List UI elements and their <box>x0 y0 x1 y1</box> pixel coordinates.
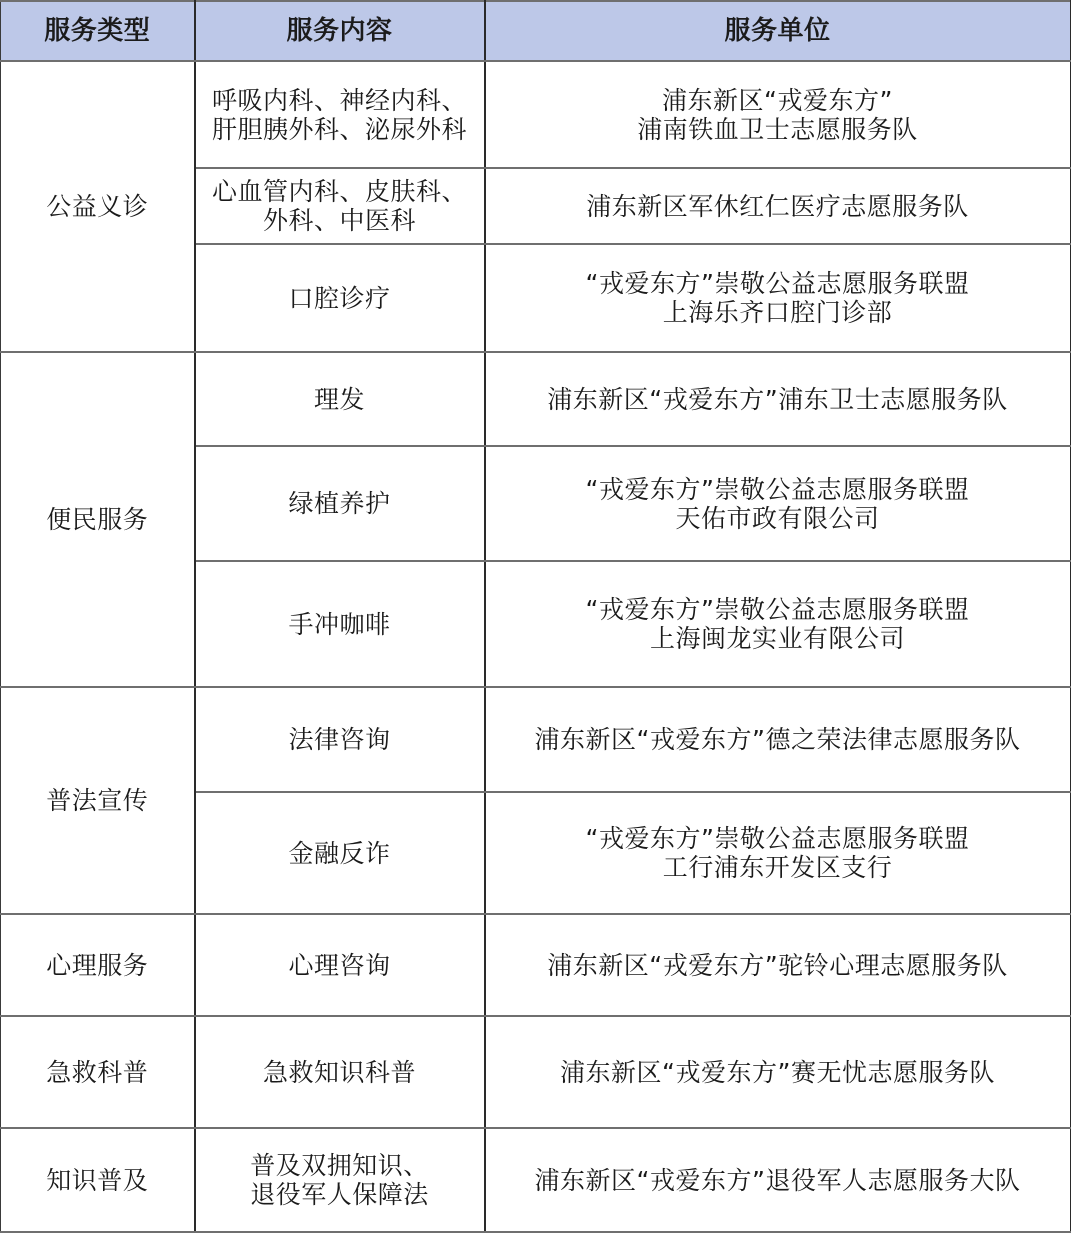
service-content-cell: 心血管内科、皮肤科、外科、中医科 <box>195 168 485 244</box>
header-service-unit: 服务单位 <box>485 1 1071 61</box>
service-unit-line: 浦东新区“戎爱东方” <box>494 86 1062 115</box>
service-unit-line: “戎爱东方”崇敬公益志愿服务联盟 <box>494 824 1062 853</box>
header-service-content: 服务内容 <box>195 1 485 61</box>
service-content-line: 心血管内科、皮肤科、 <box>204 177 476 206</box>
service-unit-cell: 浦东新区“戎爱东方”赛无忧志愿服务队 <box>485 1016 1071 1128</box>
service-content-cell: 口腔诊疗 <box>195 244 485 352</box>
service-unit-line: 工行浦东开发区支行 <box>494 853 1062 882</box>
service-unit-cell: 浦东新区“戎爱东方”德之荣法律志愿服务队 <box>485 687 1071 792</box>
service-unit-cell: “戎爱东方”崇敬公益志愿服务联盟天佑市政有限公司 <box>485 446 1071 561</box>
service-unit-line: 浦东新区“戎爱东方”退役军人志愿服务大队 <box>494 1166 1062 1195</box>
service-content-line: 普及双拥知识、 <box>204 1151 476 1180</box>
service-content-cell: 心理咨询 <box>195 914 485 1016</box>
table-header: 服务类型 服务内容 服务单位 <box>1 1 1071 61</box>
service-content-cell: 急救知识科普 <box>195 1016 485 1128</box>
service-content-line: 理发 <box>204 385 476 414</box>
service-content-cell: 呼吸内科、神经内科、肝胆胰外科、泌尿外科 <box>195 61 485 168</box>
table-body: 公益义诊呼吸内科、神经内科、肝胆胰外科、泌尿外科浦东新区“戎爱东方”浦南铁血卫士… <box>1 61 1071 1232</box>
service-content-cell: 绿植养护 <box>195 446 485 561</box>
service-unit-line: 浦东新区“戎爱东方”赛无忧志愿服务队 <box>494 1058 1062 1087</box>
service-unit-cell: “戎爱东方”崇敬公益志愿服务联盟工行浦东开发区支行 <box>485 792 1071 914</box>
service-content-line: 急救知识科普 <box>204 1058 476 1087</box>
table-row: 心理服务心理咨询浦东新区“戎爱东方”驼铃心理志愿服务队 <box>1 914 1071 1016</box>
service-unit-line: 上海乐齐口腔门诊部 <box>494 298 1062 327</box>
service-type-cell: 公益义诊 <box>1 61 195 352</box>
service-unit-cell: 浦东新区“戎爱东方”驼铃心理志愿服务队 <box>485 914 1071 1016</box>
service-unit-line: 天佑市政有限公司 <box>494 504 1062 533</box>
service-content-cell: 手冲咖啡 <box>195 561 485 687</box>
service-unit-line: 浦南铁血卫士志愿服务队 <box>494 115 1062 144</box>
service-unit-line: 浦东新区“戎爱东方”德之荣法律志愿服务队 <box>494 725 1062 754</box>
service-unit-cell: 浦东新区“戎爱东方”浦南铁血卫士志愿服务队 <box>485 61 1071 168</box>
table-row: 公益义诊呼吸内科、神经内科、肝胆胰外科、泌尿外科浦东新区“戎爱东方”浦南铁血卫士… <box>1 61 1071 168</box>
service-content-line: 手冲咖啡 <box>204 610 476 639</box>
service-content-line: 心理咨询 <box>204 951 476 980</box>
service-unit-line: 浦东新区“戎爱东方”浦东卫士志愿服务队 <box>494 385 1062 414</box>
service-type-cell: 心理服务 <box>1 914 195 1016</box>
service-type-cell: 知识普及 <box>1 1128 195 1232</box>
service-content-line: 退役军人保障法 <box>204 1180 476 1209</box>
service-type-cell: 便民服务 <box>1 352 195 687</box>
service-unit-line: 浦东新区“戎爱东方”驼铃心理志愿服务队 <box>494 951 1062 980</box>
service-unit-cell: 浦东新区“戎爱东方”浦东卫士志愿服务队 <box>485 352 1071 446</box>
service-type-cell: 普法宣传 <box>1 687 195 914</box>
service-content-line: 法律咨询 <box>204 725 476 754</box>
service-unit-line: 上海闽龙实业有限公司 <box>494 624 1062 653</box>
service-content-line: 呼吸内科、神经内科、 <box>204 86 476 115</box>
service-unit-cell: “戎爱东方”崇敬公益志愿服务联盟上海乐齐口腔门诊部 <box>485 244 1071 352</box>
service-content-line: 口腔诊疗 <box>204 284 476 313</box>
table-row: 便民服务理发浦东新区“戎爱东方”浦东卫士志愿服务队 <box>1 352 1071 446</box>
service-unit-cell: 浦东新区军休红仁医疗志愿服务队 <box>485 168 1071 244</box>
service-content-line: 金融反诈 <box>204 839 476 868</box>
service-unit-line: “戎爱东方”崇敬公益志愿服务联盟 <box>494 595 1062 624</box>
service-unit-line: “戎爱东方”崇敬公益志愿服务联盟 <box>494 475 1062 504</box>
table-row: 知识普及普及双拥知识、退役军人保障法浦东新区“戎爱东方”退役军人志愿服务大队 <box>1 1128 1071 1232</box>
service-content-cell: 法律咨询 <box>195 687 485 792</box>
table-row: 普法宣传法律咨询浦东新区“戎爱东方”德之荣法律志愿服务队 <box>1 687 1071 792</box>
service-content-line: 外科、中医科 <box>204 206 476 235</box>
service-unit-line: “戎爱东方”崇敬公益志愿服务联盟 <box>494 269 1062 298</box>
table-row: 急救科普急救知识科普浦东新区“戎爱东方”赛无忧志愿服务队 <box>1 1016 1071 1128</box>
header-service-type: 服务类型 <box>1 1 195 61</box>
service-content-cell: 金融反诈 <box>195 792 485 914</box>
service-unit-cell: “戎爱东方”崇敬公益志愿服务联盟上海闽龙实业有限公司 <box>485 561 1071 687</box>
service-content-line: 肝胆胰外科、泌尿外科 <box>204 115 476 144</box>
service-unit-line: 浦东新区军休红仁医疗志愿服务队 <box>494 192 1062 221</box>
service-content-cell: 普及双拥知识、退役军人保障法 <box>195 1128 485 1232</box>
service-content-cell: 理发 <box>195 352 485 446</box>
service-content-line: 绿植养护 <box>204 489 476 518</box>
header-row: 服务类型 服务内容 服务单位 <box>1 1 1071 61</box>
service-type-cell: 急救科普 <box>1 1016 195 1128</box>
service-table: 服务类型 服务内容 服务单位 公益义诊呼吸内科、神经内科、肝胆胰外科、泌尿外科浦… <box>0 0 1071 1233</box>
service-unit-cell: 浦东新区“戎爱东方”退役军人志愿服务大队 <box>485 1128 1071 1232</box>
